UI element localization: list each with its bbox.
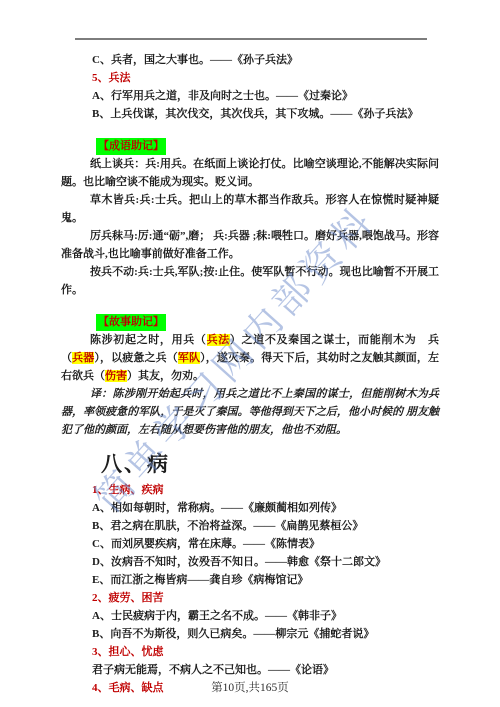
quote-line: 君子病无能焉，不病人之不己知也。——《论语》: [61, 661, 439, 679]
story-memory-aid-tag: 【故事助记】: [96, 314, 166, 331]
quote-line-a: A、行军用兵之道，非及向时之士也。——《过秦论》: [61, 87, 439, 105]
story-text-segment: ）其友，勿劝。: [127, 370, 204, 382]
quote-line-b: B、上兵伐谋，其次伐交，其次伐兵，其下攻城。——《孙子兵法》: [61, 105, 439, 123]
quote-line: B、向吾不为斯役，则久已病矣。——柳宗元《捕蛇者说》: [61, 625, 439, 643]
idiom-tag-row: 【成语助记】: [61, 136, 439, 155]
subheading-3-danxin: 3、担心、忧虑: [61, 643, 439, 661]
subheading-1-shengbing: 1、生病、疾病: [61, 481, 439, 499]
document-page: C、兵者，国之大事也。——《孙子兵法》 5、兵法 A、行军用兵之道，非及向时之士…: [0, 0, 500, 707]
quote-line: D、汝病吾不知时，汝殁吾不知日。——韩愈《祭十二郎文》: [61, 553, 439, 571]
quote-line: E、而江浙之梅皆病——龚自珍《病梅馆记》: [61, 571, 439, 589]
highlighted-term: 军队: [178, 352, 200, 364]
document-body: C、兵者，国之大事也。——《孙子兵法》 5、兵法 A、行军用兵之道，非及向时之士…: [61, 51, 439, 697]
highlighted-term: 兵器: [72, 352, 94, 364]
quote-line: C、而刘夙婴疾病，常在床蓐。——《陈情表》: [61, 535, 439, 553]
idiom-paragraph: 按兵不动:兵:士兵,军队;按:止住。使军队暂不行动。现也比喻暂不开展工作。: [61, 263, 439, 299]
story-text-segment: 陈涉初起之时，用兵（: [90, 334, 207, 346]
story-paragraph: 陈涉初起之时，用兵（兵法）之道不及秦国之谋士，而能削木为 兵（兵器），以疲惫之兵…: [61, 331, 439, 385]
highlighted-term: 兵法: [207, 334, 230, 346]
page-footer: 第10页,共165页: [0, 679, 500, 695]
subheading-5-bingfa: 5、兵法: [61, 69, 439, 87]
idiom-paragraph: 草木皆兵:兵:士兵。把山上的草木都当作敌兵。形容人在惊慌时疑神疑鬼。: [61, 191, 439, 227]
story-tag-row: 【故事助记】: [61, 312, 439, 331]
highlighted-term: 伤害: [105, 370, 127, 382]
story-translation-paragraph: 译：陈涉刚开始起兵时，用兵之道比不上秦国的谋士，但能削树木为兵器，率领疲惫的军队…: [61, 385, 439, 439]
quote-line: A、相如每朝时，常称病。——《廉颇蔺相如列传》: [61, 499, 439, 517]
header-divider-line: [75, 38, 427, 40]
idiom-paragraph: 纸上谈兵：兵:用兵。在纸面上谈论打仗。比喻空谈理论,不能解决实际问题。也比喻空谈…: [61, 155, 439, 191]
idiom-memory-aid-tag: 【成语助记】: [96, 138, 166, 155]
quote-line: B、君之病在肌肤，不治将益深。——《扁鹊见蔡桓公》: [61, 517, 439, 535]
idiom-paragraph: 厉兵秣马:厉:通“砺”,磨； 兵:兵器 ;秣:喂牲口。磨好兵器,喂饱战马。形容准…: [61, 227, 439, 263]
quote-line: A、士民疲病于内，霸王之名不成。——《韩非子》: [61, 607, 439, 625]
story-text-segment: ），以疲惫之兵（: [94, 352, 177, 364]
subheading-2-pilao: 2、疲劳、困苦: [61, 589, 439, 607]
section-title-bing: 八、病: [61, 450, 439, 478]
quote-line-c: C、兵者，国之大事也。——《孙子兵法》: [61, 51, 439, 69]
